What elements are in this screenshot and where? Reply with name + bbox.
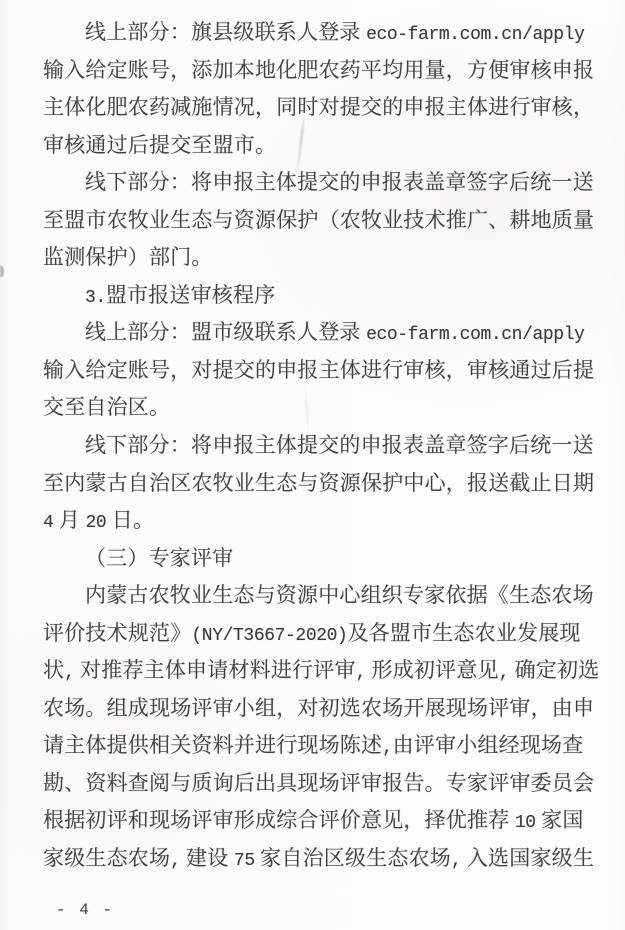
text-line: 至盟市农牧业生态与资源保护（农牧业技术推广、耕地质量 (43, 202, 591, 240)
text-line: 根据初评和现场评审形成综合评价意见，择优推荐 10 家国 (43, 802, 591, 840)
text-line: 线上部分：盟市级联系人登录 eco-farm.com.cn/apply (43, 314, 591, 352)
latin-text: 20 (86, 513, 107, 533)
latin-text: , (499, 663, 509, 683)
page-number: - 4 - (56, 901, 114, 919)
text-line: 3.盟市报送审核程序 (43, 277, 591, 315)
latin-text: eco-farm.com.cn/apply (366, 325, 584, 345)
latin-text: , (451, 851, 461, 871)
latin-text: eco-farm.com.cn/apply (366, 25, 584, 45)
text-line: 农场。组成现场评审小组，对初选农场开展现场评审，由申 (43, 690, 591, 728)
text-line: 勘、资料查阅与质询后出具现场评审报告。专家评审委员会 (43, 765, 591, 803)
latin-text: , (64, 663, 74, 683)
text-line: 审核通过后提交至盟市。 (43, 127, 591, 165)
text-line: 线下部分：将申报主体提交的申报表盖章签字后统一送 (43, 164, 591, 202)
text-line: 评价技术规范》(NY/T3667-2020)及各盟市生态农业发展现 (43, 615, 591, 653)
latin-text: 3. (85, 288, 106, 308)
text-line: 主体化肥农药减施情况，同时对提交的申报主体进行审核， (43, 89, 591, 127)
text-line: 至内蒙古自治区农牧业生态与资源保护中心，报送截止日期 (43, 465, 591, 503)
latin-text: (NY/T3667-2020) (191, 626, 347, 646)
latin-text: , (170, 851, 180, 871)
text-line: 家级生态农场, 建设 75 家自治区级生态农场, 入选国家级生 (43, 840, 591, 878)
latin-text: 10 (515, 813, 536, 833)
text-line: 线下部分：将申报主体提交的申报表盖章签字后统一送 (43, 427, 591, 465)
latin-text: 75 (234, 851, 255, 871)
text-line: 输入给定账号，添加本地化肥农药平均用量，方便审核申报 (43, 52, 591, 90)
text-line: 4 月 20 日。 (43, 502, 591, 540)
latin-text: , (356, 663, 366, 683)
text-line: 状, 对推荐主体申请材料进行评审, 形成初评意见, 确定初选 (43, 652, 591, 690)
text-line: 监测保护）部门。 (43, 239, 591, 277)
text-line: 线上部分：旗县级联系人登录 eco-farm.com.cn/apply (43, 14, 591, 52)
text-line: 请主体提供相关资料并进行现场陈述,由评审小组经现场查 (43, 727, 591, 765)
latin-text: , (382, 738, 392, 758)
latin-text: 4 (43, 513, 53, 533)
text-line: （三）专家评审 (43, 540, 591, 578)
text-line: 交至自治区。 (43, 389, 591, 427)
scan-edge-mark (0, 266, 4, 277)
text-line: 输入给定账号，对提交的申报主体进行审核，审核通过后提 (43, 352, 591, 390)
scanned-document-page: 线上部分：旗县级联系人登录 eco-farm.com.cn/apply输入给定账… (0, 0, 625, 930)
document-body: 线上部分：旗县级联系人登录 eco-farm.com.cn/apply输入给定账… (43, 14, 591, 878)
text-line: 内蒙古农牧业生态与资源中心组织专家依据《生态农场 (43, 577, 591, 615)
